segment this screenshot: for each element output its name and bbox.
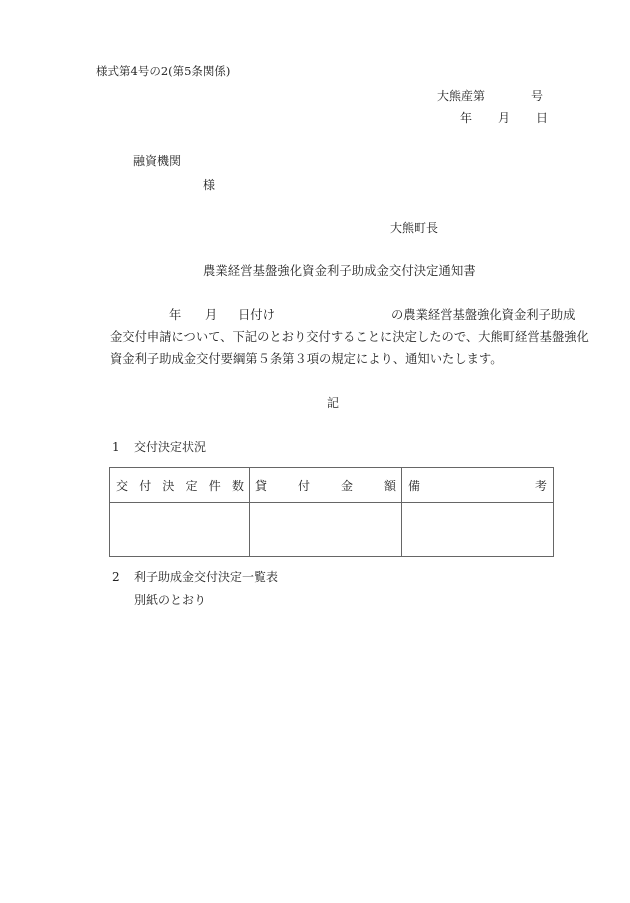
section-1-title: 交付決定状況 (134, 440, 206, 454)
document-number: 大熊産第号 (437, 90, 543, 102)
section-1-number: 1 (112, 441, 134, 453)
decision-status-table: 交 付 決 定 件 数 貸 付 金 額 備 考 (109, 467, 554, 557)
document-number-suffix: 号 (531, 89, 543, 103)
cell-decision-count[interactable] (110, 503, 250, 557)
body-date-year: 年 (169, 309, 181, 321)
header-remarks: 備 考 (402, 468, 554, 503)
cell-remarks[interactable] (402, 503, 554, 557)
document-title: 農業経営基盤強化資金利子助成金交付決定通知書 (203, 265, 476, 277)
header-loan-amount: 貸 付 金 額 (250, 468, 402, 503)
section-2-title: 利子助成金交付決定一覧表 (134, 570, 278, 584)
section-2-heading: 2利子助成金交付決定一覧表 (112, 571, 278, 583)
sender-name: 大熊町長 (390, 222, 438, 234)
body-line-3: 資金利子助成金交付要綱第５条第３項の規定により、通知いたします。 (110, 353, 503, 365)
document-date: 年月日 (460, 112, 548, 124)
header-decision-count: 交 付 決 定 件 数 (110, 468, 250, 503)
cell-loan-amount[interactable] (250, 503, 402, 557)
recipient-honorific: 様 (203, 179, 215, 191)
document-number-prefix: 大熊産第 (437, 90, 531, 102)
recipient-name: 融資機関 (133, 155, 181, 167)
form-number: 様式第4号の2(第5条関係) (96, 66, 230, 78)
body-line-1-text: の農業経営基盤強化資金利子助成 (391, 309, 575, 321)
table-header-row: 交 付 決 定 件 数 貸 付 金 額 備 考 (110, 468, 554, 503)
ki-heading: 記 (327, 397, 339, 409)
section-2-note: 別紙のとおり (134, 594, 206, 606)
date-year-label: 年 (460, 112, 498, 124)
date-month-label: 月 (498, 112, 536, 124)
date-day-label: 日 (536, 112, 548, 124)
body-line-2: 金交付申請について、下記のとおり交付することに決定したので、大熊町経営基盤強化 (110, 331, 589, 343)
body-date-month: 月 (205, 309, 217, 321)
section-2-number: 2 (112, 571, 134, 583)
section-1-heading: 1交付決定状況 (112, 441, 206, 453)
body-date-day: 日付け (238, 309, 275, 321)
table-row (110, 503, 554, 557)
